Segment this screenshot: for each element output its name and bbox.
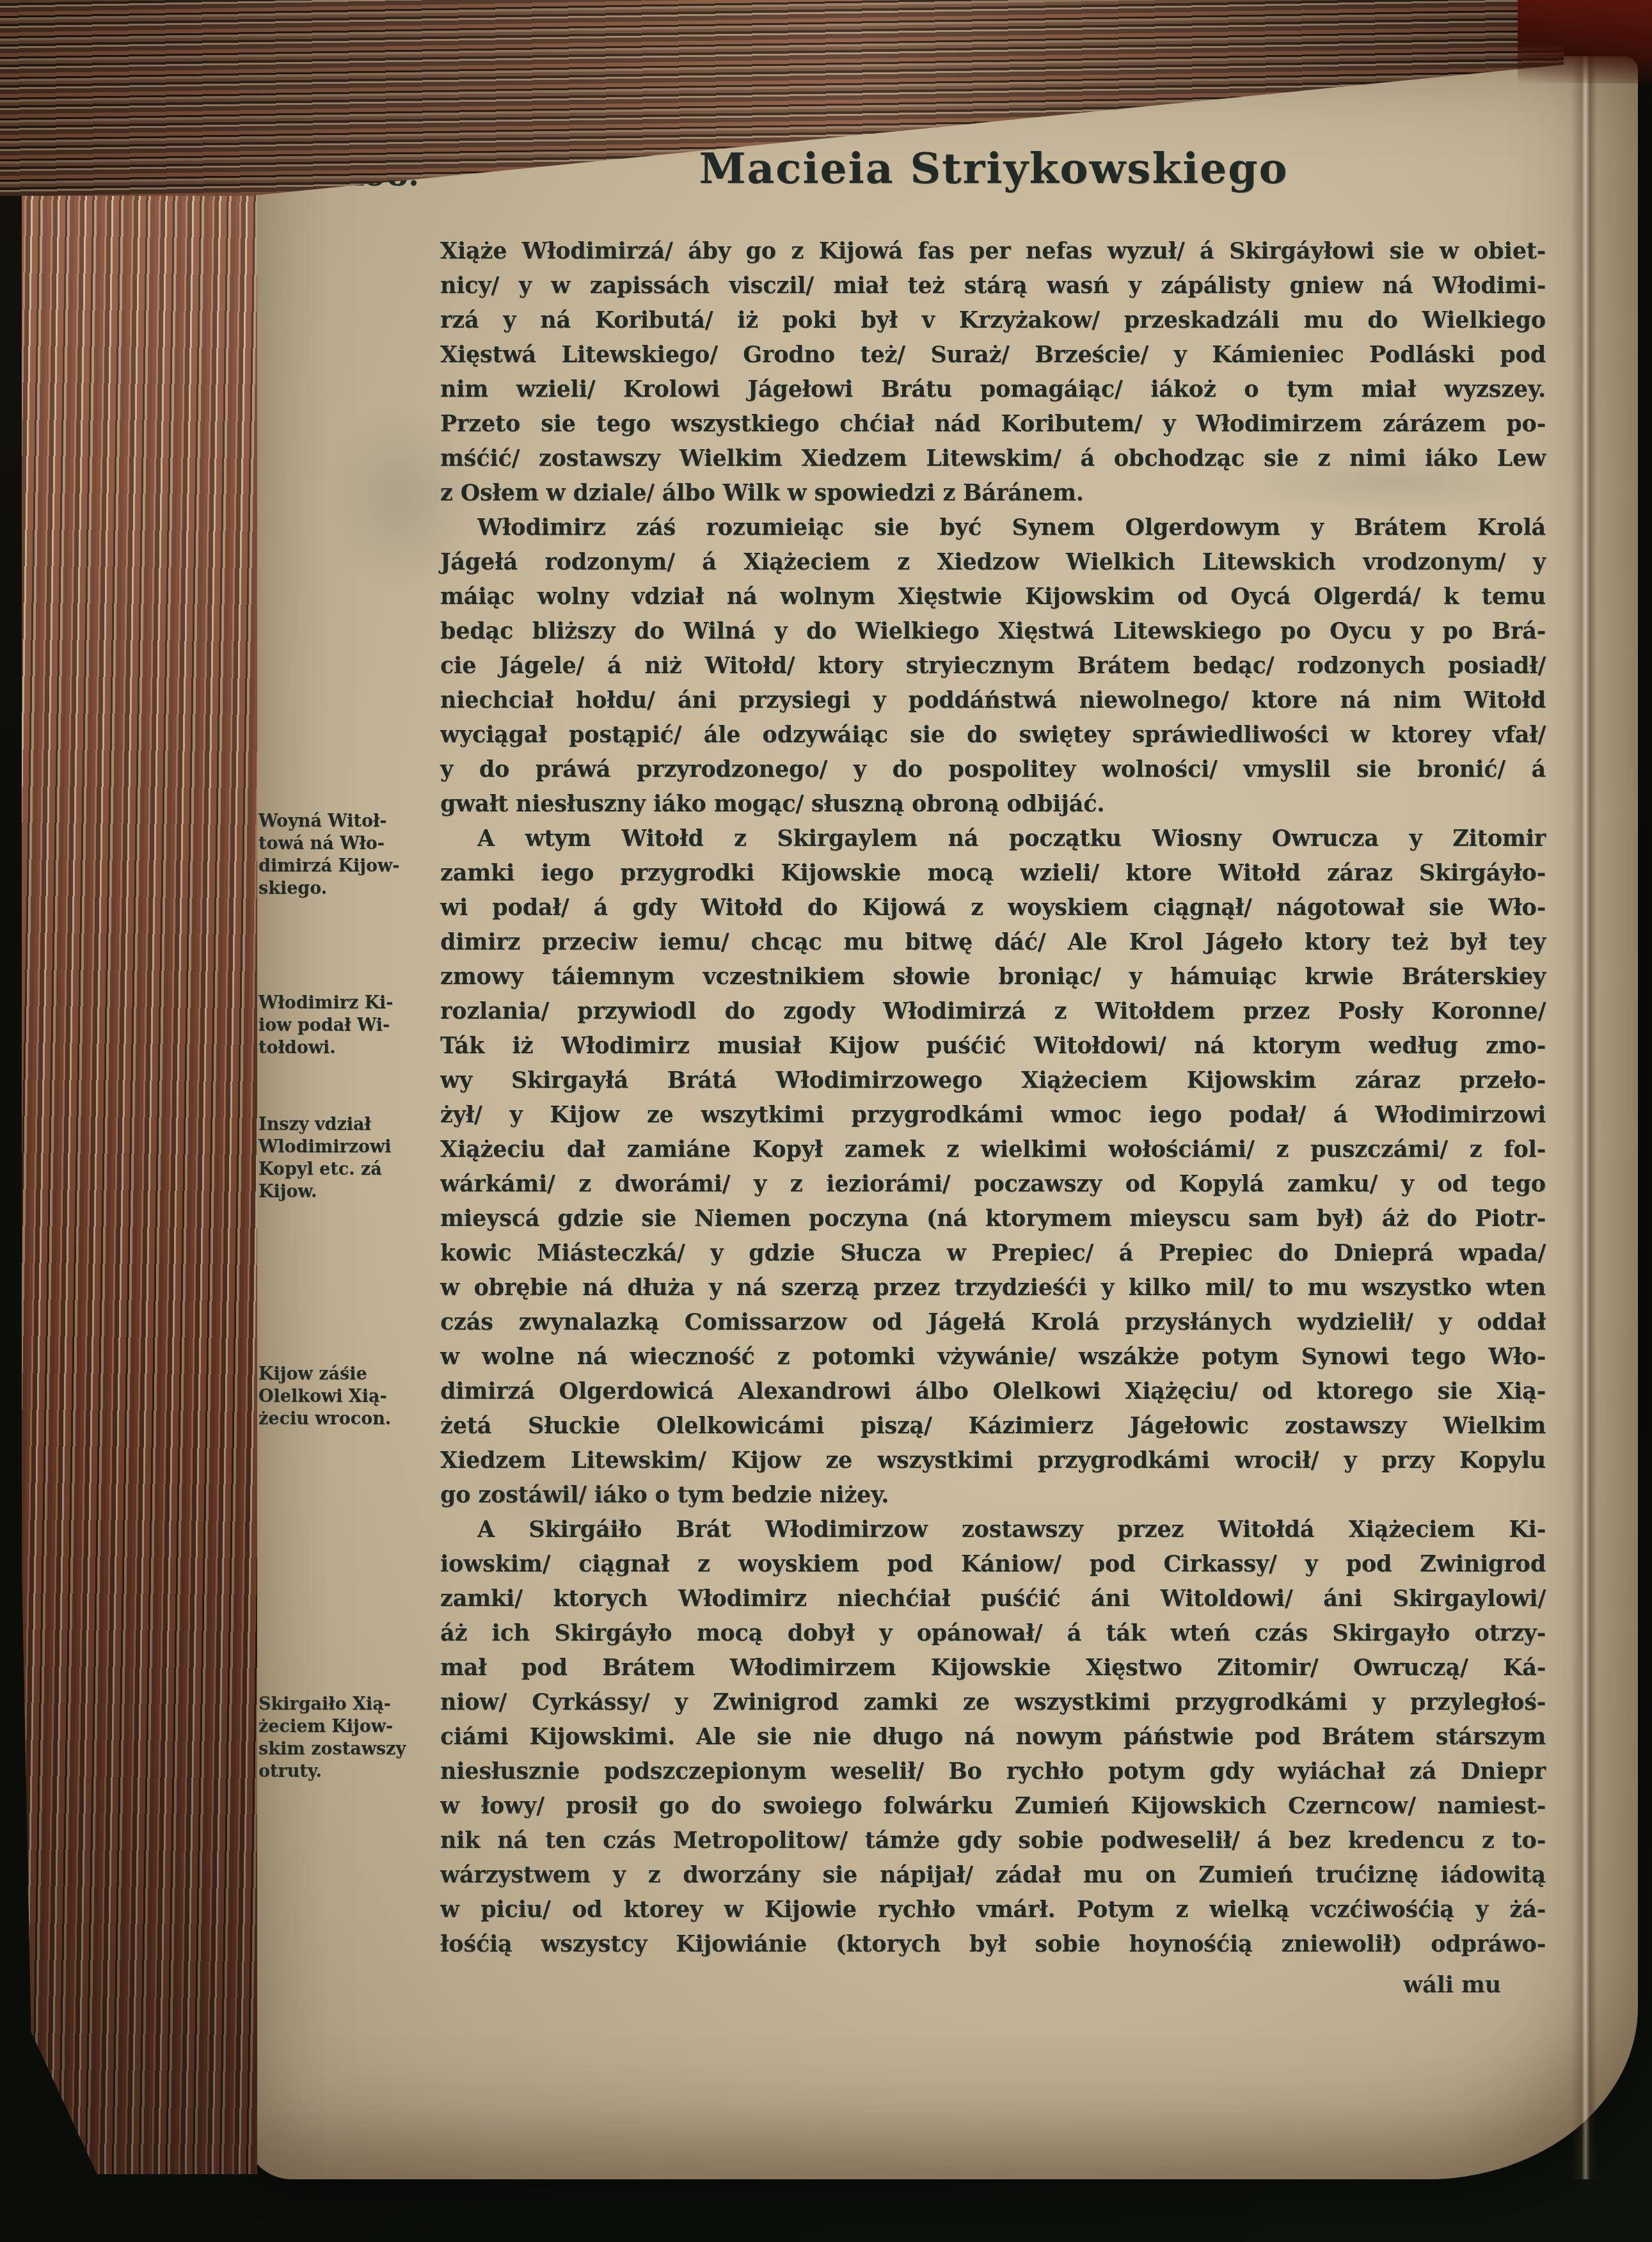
note-line: Kijow. — [258, 1181, 436, 1203]
note-line: Włodimirz Ki- — [258, 992, 436, 1014]
text-line: nicy/ y w zapissách visczil/ miał też st… — [440, 269, 1546, 303]
text-line: mieyscá gdzie sie Niemen poczyna (ná kto… — [440, 1202, 1546, 1236]
text-line: z Osłem w dziale/ álbo Wilk w spowiedzi … — [440, 476, 1546, 511]
margin-note: Włodimirz Ki-iow podał Wi-tołdowi. — [258, 992, 436, 1059]
note-line: tołdowi. — [258, 1037, 436, 1059]
text-line: áż ich Skirgáyło mocą dobył y opánował/ … — [440, 1616, 1546, 1651]
text-line: w piciu/ od ktorey w Kijowie rychło vmár… — [440, 1893, 1546, 1927]
text-line: wy Skirgayłá Brátá Włodimirzowego Xiążec… — [440, 1063, 1546, 1098]
book-fore-edge-pages — [22, 145, 257, 2174]
note-line: skiego. — [258, 877, 436, 900]
body-text: Xiąże Włodimirzá/ áby go z Kijowá fas pe… — [440, 234, 1546, 2003]
note-line: Olelkowi Xią- — [258, 1385, 436, 1408]
text-line: zamki iego przygrodki Kijowskie mocą wzi… — [440, 856, 1546, 891]
text-line: czás zwynalazką Comissarzow od Jágełá Kr… — [440, 1305, 1546, 1340]
note-line: Kijow záśie — [258, 1363, 436, 1385]
text-line: bedąc bliższy do Wilná y do Wielkiego Xi… — [440, 614, 1546, 649]
text-line: Ták iż Włodimirz musiał Kijow puśćić Wit… — [440, 1029, 1546, 1063]
text-line: mśćić/ zostawszy Wielkim Xiedzem Litewsk… — [440, 441, 1546, 476]
text-line: rozlania/ przywiodl do zgody Włodimirzá … — [440, 994, 1546, 1029]
text-line: niesłusznie podszczepionym weselił/ Bo r… — [440, 1754, 1546, 1789]
text-line: zamki/ ktorych Włodimirz niechćiał puśći… — [440, 1582, 1546, 1616]
text-line: Włodimirz záś rozumieiąc sie być Synem O… — [440, 511, 1546, 545]
margin-note: Kijow záśieOlelkowi Xią-żeciu wrocon. — [258, 1363, 436, 1430]
text-line: wi podał/ á gdy Witołd do Kijowá z woysk… — [440, 891, 1546, 925]
note-line: Inszy vdział — [258, 1113, 436, 1136]
note-line: żeciu wrocon. — [258, 1408, 436, 1430]
text-line: nik ná ten czás Metropolitow/ támże gdy … — [440, 1824, 1546, 1858]
text-line: cie Jágele/ á niż Witołd/ ktory stryiecz… — [440, 649, 1546, 683]
paragraph: Włodimirz záś rozumieiąc sie być Synem O… — [440, 511, 1546, 822]
text-line: Xiedzem Litewskim/ Kijow ze wszystkimi p… — [440, 1443, 1546, 1478]
text-line: A Skirgáiło Brát Włodimirzow zostawszy p… — [440, 1513, 1546, 1547]
text-line: Xięstwá Litewskiego/ Grodno też/ Suraż/ … — [440, 338, 1546, 372]
book-page: 498. Macieia Striykowskiego Xiąże Włodim… — [248, 56, 1638, 2179]
margin-note: Inszy vdziałWlodimirzowiKopyl etc. záKij… — [258, 1113, 436, 1203]
gutter-crease — [1571, 56, 1597, 2179]
note-line: żeciem Kijow- — [258, 1715, 436, 1738]
text-line: rzá y ná Koributá/ iż poki był v Krzyżak… — [440, 303, 1546, 338]
text-line: w wolne ná wieczność z potomki vżywánie/… — [440, 1340, 1546, 1374]
text-line: dimirz przeciw iemu/ chcąc mu bitwę dáć/… — [440, 925, 1546, 960]
text-line: Jágełá rodzonym/ á Xiążeciem z Xiedzow W… — [440, 545, 1546, 580]
text-line: łośćią wszystcy Kijowiánie (ktorych był … — [440, 1927, 1546, 1962]
margin-note: Woyná Witoł-towá ná Wło-dimirzá Kijow-sk… — [258, 810, 436, 900]
text-line: Xiążeciu dał zamiáne Kopył zamek z wielk… — [440, 1133, 1546, 1167]
text-line: wárkámi/ z dworámi/ y z ieziorámi/ pocza… — [440, 1167, 1546, 1202]
note-line: otruty. — [258, 1760, 436, 1783]
text-line: A wtym Witołd z Skirgaylem ná początku W… — [440, 822, 1546, 856]
text-line: zmowy táiemnym vczestnikiem słowie broni… — [440, 960, 1546, 994]
text-line: iowskim/ ciągnał z woyskiem pod Kániow/ … — [440, 1547, 1546, 1582]
text-line: ciámi Kijowskimi. Ale sie nie długo ná n… — [440, 1720, 1546, 1754]
text-line: żetá Słuckie Olelkowicámi piszą/ Kázimie… — [440, 1409, 1546, 1443]
text-line: nim wzieli/ Krolowi Jágełowi Brátu pomag… — [440, 372, 1546, 407]
scan-background: 498. Macieia Striykowskiego Xiąże Włodim… — [0, 0, 1652, 2242]
binding-corner — [1518, 0, 1652, 83]
note-line: towá ná Wło- — [258, 832, 436, 855]
text-line: Przeto sie tego wszystkiego chćiał nád K… — [440, 407, 1546, 441]
paragraph: A wtym Witołd z Skirgaylem ná początku W… — [440, 822, 1546, 1513]
note-line: Kopyl etc. zá — [258, 1158, 436, 1181]
text-line: kowic Miásteczká/ y gdzie Słucza w Prepi… — [440, 1236, 1546, 1271]
note-line: iow podał Wi- — [258, 1014, 436, 1037]
text-line: Xiąże Włodimirzá/ áby go z Kijowá fas pe… — [440, 234, 1546, 269]
paragraph: A Skirgáiło Brát Włodimirzow zostawszy p… — [440, 1513, 1546, 1962]
note-line: dimirzá Kijow- — [258, 855, 436, 877]
text-line: w łowy/ prosił go do swoiego folwárku Zu… — [440, 1789, 1546, 1824]
text-line: máiąc wolny vdział ná wolnym Xięstwie Ki… — [440, 580, 1546, 614]
text-line: wyciągał postąpić/ ále odzywáiąc sie do … — [440, 718, 1546, 752]
text-line: mał pod Brátem Włodimirzem Kijowskie Xię… — [440, 1651, 1546, 1685]
margin-note: Skirgaiło Xią-żeciem Kijow-skim zostawsz… — [258, 1693, 436, 1783]
text-line: gwałt niesłuszny iáko mogąc/ słuszną obr… — [440, 787, 1546, 822]
text-line: niow/ Cyrkássy/ y Zwinigrod zamki ze wsz… — [440, 1685, 1546, 1720]
note-line: skim zostawszy — [258, 1738, 436, 1760]
paragraph: Xiąże Włodimirzá/ áby go z Kijowá fas pe… — [440, 234, 1546, 511]
text-line: niechciał hołdu/ áni przysiegi y poddáńs… — [440, 683, 1546, 718]
catchword: wáli mu — [440, 1968, 1546, 2003]
text-line: y do práwá przyrodzonego/ y do pospolite… — [440, 752, 1546, 787]
text-line: żył/ y Kijow ze wszytkimi przygrodkámi w… — [440, 1098, 1546, 1133]
text-line: go zostáwil/ iáko o tym bedzie niżey. — [440, 1478, 1546, 1513]
text-line: w obrębie ná dłuża y ná szerzą przez trz… — [440, 1271, 1546, 1305]
text-line: dimirzá Olgerdowicá Alexandrowi álbo Ole… — [440, 1374, 1546, 1409]
note-line: Skirgaiło Xią- — [258, 1693, 436, 1715]
text-line: wárzystwem y z dworzány sie nápijał/ zád… — [440, 1858, 1546, 1893]
note-line: Wlodimirzowi — [258, 1136, 436, 1158]
note-line: Woyná Witoł- — [258, 810, 436, 832]
